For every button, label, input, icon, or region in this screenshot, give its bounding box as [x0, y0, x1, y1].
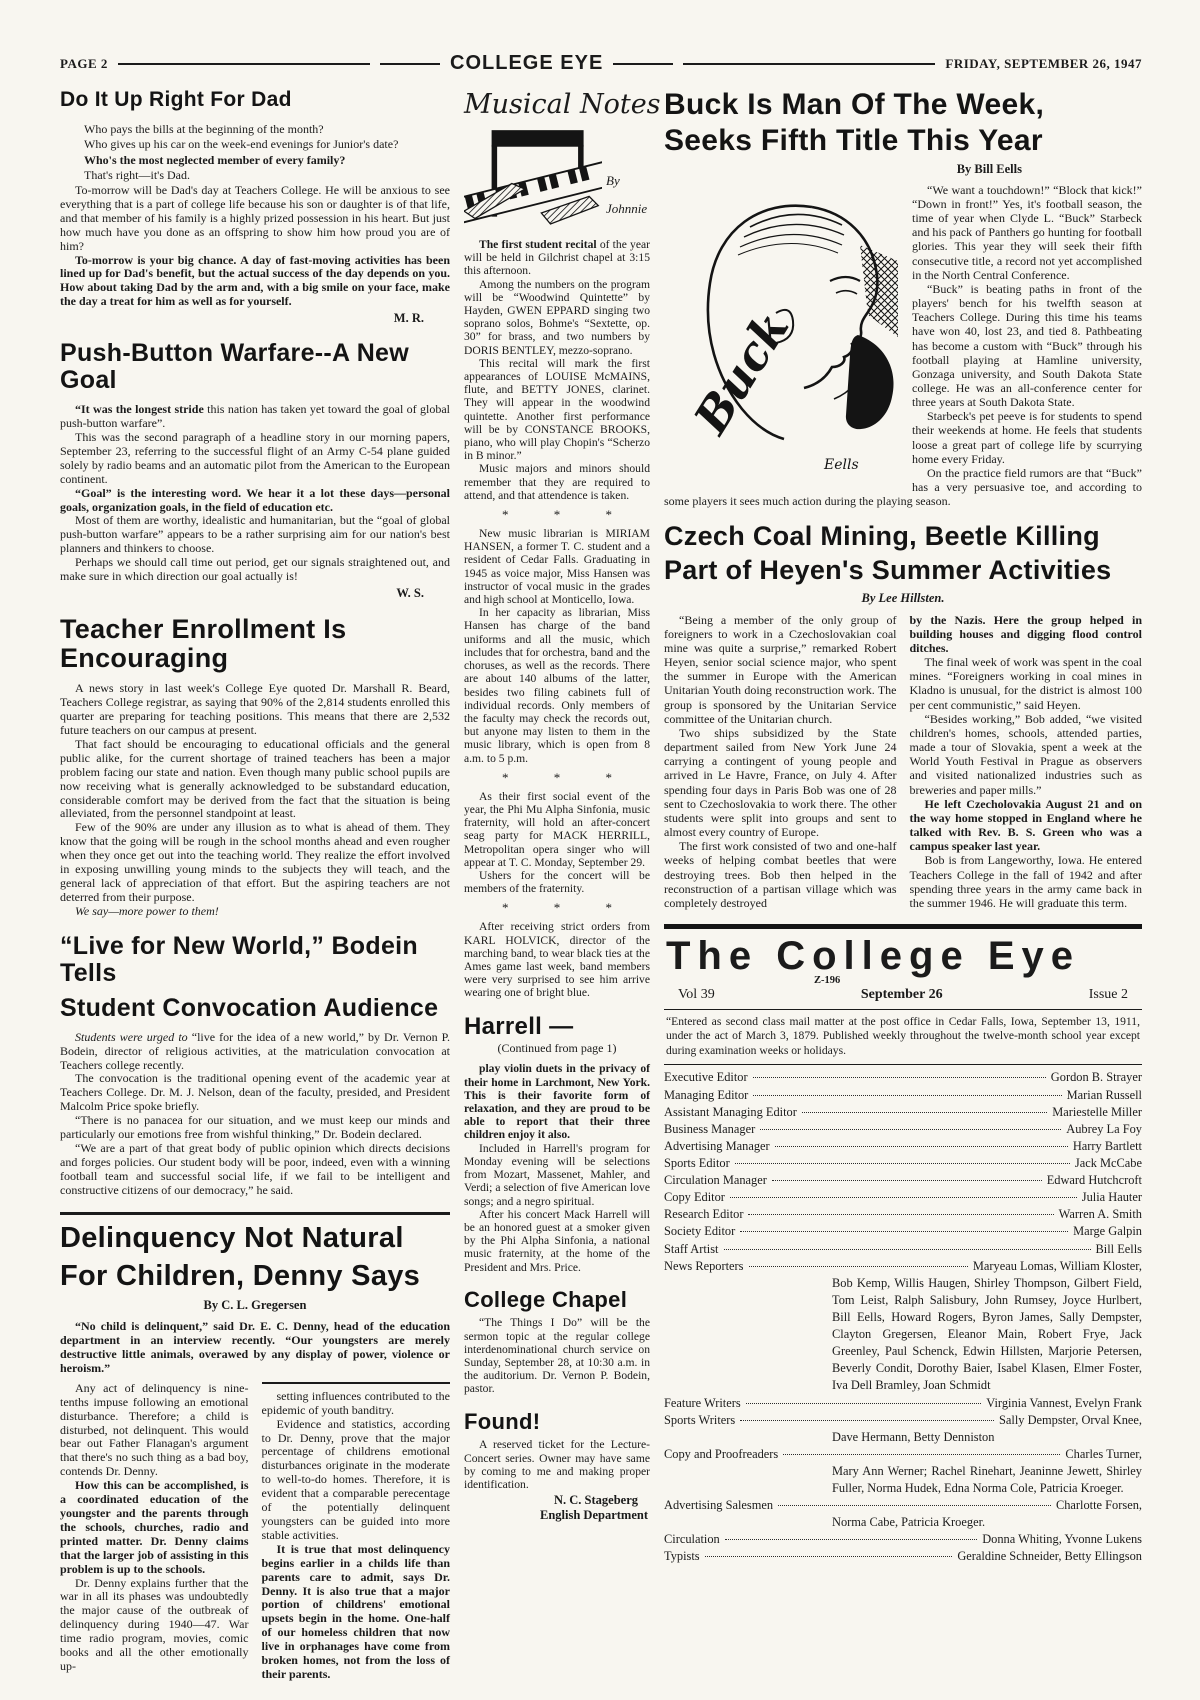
article-paragraph: Bob is from Langeworthy, Iowa. He entere… — [910, 853, 1143, 910]
article-title: Push-Button Warfare--A New Goal — [60, 340, 450, 394]
dotted-leader — [725, 1539, 977, 1540]
page-number-label: PAGE 2 — [60, 56, 108, 72]
column-rule — [262, 1382, 451, 1384]
staff-person: Mariestelle Miller — [1052, 1104, 1142, 1121]
staff-role: Society Editor — [664, 1223, 735, 1240]
issue-date: FRIDAY, SEPTEMBER 26, 1947 — [945, 56, 1142, 72]
staff-entry: Business Manager Aubrey La Foy — [664, 1121, 1142, 1138]
dotted-leader — [783, 1454, 1060, 1455]
staff-entry: Circulation Manager Edward Hutchcroft — [664, 1172, 1142, 1189]
staff-role: Advertising Salesmen — [664, 1497, 773, 1514]
article-warfare: Push-Button Warfare--A New Goal “It was … — [60, 340, 450, 601]
dotted-leader — [748, 1214, 1053, 1215]
article-paragraph: As their first social event of the year,… — [464, 790, 650, 869]
dotted-leader — [772, 1180, 1042, 1181]
staff-person-continued: Dave Hermann, Betty Denniston — [664, 1429, 1142, 1446]
staff-entry: Circulation Donna Whiting, Yvonne Lukens — [664, 1531, 1142, 1548]
staff-person: Donna Whiting, Yvonne Lukens — [982, 1531, 1142, 1548]
staff-person: Sally Dempster, Orval Knee, — [999, 1412, 1142, 1429]
signature-name: N. C. Stageberg — [464, 1493, 650, 1508]
article-byline: By Lee Hillsten. — [664, 591, 1142, 606]
staff-person: Geraldine Schneider, Betty Ellingson — [957, 1548, 1142, 1565]
article-paragraph: He left Czecholovakia August 21 and on t… — [910, 797, 1143, 854]
article-dad: Do It Up Right For Dad Who pays the bill… — [60, 89, 450, 326]
dotted-leader — [740, 1231, 1068, 1232]
staff-list: Executive Editor Gordon B. Strayer Manag… — [664, 1069, 1142, 1565]
article-paragraph: “The Things I Do” will be the sermon top… — [464, 1316, 650, 1395]
continued-note: (Continued from page 1) — [464, 1041, 650, 1056]
section-separator-stars: * * * — [464, 507, 650, 523]
article-paragraph: The first work consisted of two and one-… — [664, 839, 897, 910]
staff-entry: Advertising Salesmen Charlotte Forsen, N… — [664, 1497, 1142, 1531]
staff-role: Managing Editor — [664, 1087, 748, 1104]
article-paragraph: Who's the most neglected member of every… — [84, 153, 450, 169]
article-paragraph: Among the numbers on the program will be… — [464, 278, 650, 357]
staff-role: Copy Editor — [664, 1189, 725, 1206]
article-paragraph: setting influences contributed to the ep… — [262, 1390, 451, 1418]
article-byline: By Bill Eells — [664, 162, 1142, 177]
staff-role: Feature Writers — [664, 1395, 741, 1412]
buck-caricature-illustration: Buck Eells — [664, 185, 902, 487]
staff-person: Marian Russell — [1067, 1087, 1142, 1104]
article-paragraph: After receiving strict orders from KARL … — [464, 920, 650, 999]
header-rule — [380, 63, 440, 65]
article-delinquency: Delinquency Not Natural For Children, De… — [60, 1223, 450, 1682]
article-teacher-enrollment: Teacher Enrollment Is Encouraging A news… — [60, 615, 450, 919]
article-paragraph: Students were urged to “live for the ide… — [60, 1031, 450, 1073]
article-title-line2: Seeks Fifth Title This Year — [664, 125, 1142, 157]
dotted-leader — [749, 1266, 968, 1267]
article-title-line1: Delinquency Not Natural — [60, 1223, 450, 1254]
staff-entry: Copy and Proofreaders Charles Turner, Ma… — [664, 1446, 1142, 1497]
staff-role: Executive Editor — [664, 1069, 748, 1086]
staff-person: Charlotte Forsen, — [1056, 1497, 1142, 1514]
staff-person-continued: Bob Kemp, Willis Haugen, Shirley Thompso… — [664, 1275, 1142, 1395]
article-paragraph: To-morrow will be Dad's day at Teachers … — [60, 184, 450, 254]
staff-person: Harry Bartlett — [1073, 1138, 1142, 1155]
staff-entry: Society Editor Marge Galpin — [664, 1223, 1142, 1240]
header-rule — [683, 63, 935, 65]
article-paragraph: After his concert Mack Harrell will be a… — [464, 1208, 650, 1274]
staff-person: Maryeau Lomas, William Kloster, — [973, 1258, 1142, 1275]
article-paragraph: How this can be accomplished, is a coord… — [60, 1479, 249, 1576]
article-title: Teacher Enrollment Is Encouraging — [60, 615, 450, 673]
masthead-issue: Issue 2 — [1089, 987, 1128, 1003]
signature-department: English Department — [464, 1508, 650, 1523]
staff-person: Virginia Vannest, Evelyn Frank — [986, 1395, 1142, 1412]
article-paragraph: That fact should be encouraging to educa… — [60, 738, 450, 821]
article-musical-notes: Musical Notes — [464, 89, 650, 1000]
article-paragraph: “Besides working,” Bob added, “we visite… — [910, 712, 1143, 797]
dotted-leader — [724, 1249, 1091, 1250]
staff-person: Marge Galpin — [1073, 1223, 1142, 1240]
staff-role: Typists — [664, 1548, 700, 1565]
article-paragraph: “Goal” is the interesting word. We hear … — [60, 487, 450, 515]
article-title-line2: Part of Heyen's Summer Activities — [664, 556, 1142, 585]
page-header: PAGE 2 COLLEGE EYE FRIDAY, SEPTEMBER 26,… — [60, 52, 1142, 75]
article-paragraph: The convocation is the traditional openi… — [60, 1072, 450, 1114]
czech-subcolumn-1: “Being a member of the only group of for… — [664, 613, 897, 910]
newspaper-page: PAGE 2 COLLEGE EYE FRIDAY, SEPTEMBER 26,… — [0, 0, 1200, 1700]
dotted-leader — [753, 1095, 1061, 1096]
staff-entry: Sports Editor Jack McCabe — [664, 1155, 1142, 1172]
masthead-date: September 26 — [861, 987, 943, 1003]
article-byline: By C. L. Gregersen — [60, 1298, 450, 1313]
staff-person: Charles Turner, — [1065, 1446, 1142, 1463]
article-paragraph: This was the second paragraph of a headl… — [60, 431, 450, 487]
article-paragraph: play violin duets in the privacy of thei… — [464, 1062, 650, 1141]
article-paragraph: Evidence and statistics, according to Dr… — [262, 1418, 451, 1543]
article-buck: Buck Is Man Of The Week, Seeks Fifth Tit… — [664, 89, 1142, 508]
masthead-volume: Vol 39 — [678, 987, 715, 1003]
staff-person: Edward Hutchcroft — [1047, 1172, 1142, 1189]
article-paragraph: Who pays the bills at the beginning of t… — [84, 122, 450, 138]
article-paragraph: Two ships subsidized by the State depart… — [664, 726, 897, 839]
staff-entry: Copy Editor Julia Hauter — [664, 1189, 1142, 1206]
header-rule — [118, 63, 370, 65]
article-title: Musical Notes — [464, 89, 650, 120]
staff-person: Warren A. Smith — [1059, 1206, 1142, 1223]
masthead-title: The College Eye — [666, 934, 1142, 979]
staff-person-continued: Mary Ann Werner; Rachel Rinehart, Jeanin… — [664, 1463, 1142, 1497]
dotted-leader — [735, 1163, 1070, 1164]
staff-role: Advertising Manager — [664, 1138, 770, 1155]
staff-entry: Staff Artist Bill Eells — [664, 1241, 1142, 1258]
staff-entry: Sports Writers Sally Dempster, Orval Kne… — [664, 1412, 1142, 1446]
dotted-leader — [802, 1112, 1047, 1113]
artist-signature-text: Eells — [823, 457, 859, 473]
staff-role: Business Manager — [664, 1121, 755, 1138]
staff-role: Sports Editor — [664, 1155, 730, 1172]
article-paragraph: Dr. Denny explains further that the war … — [60, 1577, 249, 1674]
article-paragraph: A reserved ticket for the Lecture-Concer… — [464, 1438, 650, 1491]
article-college-chapel: College Chapel “The Things I Do” will be… — [464, 1288, 650, 1396]
staff-role: Circulation Manager — [664, 1172, 767, 1189]
staff-role: Circulation — [664, 1531, 720, 1548]
article-paragraph: Included in Harrell's program for Monday… — [464, 1142, 650, 1208]
right-column: Buck Is Man Of The Week, Seeks Fifth Tit… — [664, 89, 1142, 1696]
article-paragraph: Perhaps we should call time out period, … — [60, 556, 450, 584]
staff-person: Gordon B. Strayer — [1051, 1069, 1142, 1086]
article-lead-paragraph: “No child is delinquent,” said Dr. E. C.… — [60, 1320, 450, 1376]
header-rule — [613, 63, 673, 65]
article-harrell-continued: Harrell — (Continued from page 1) play v… — [464, 1014, 650, 1274]
masthead-box: The College Eye Z-196 Vol 39 September 2… — [664, 924, 1142, 1566]
staff-entry: Managing Editor Marian Russell — [664, 1087, 1142, 1104]
dotted-leader — [740, 1420, 994, 1421]
staff-entry: Executive Editor Gordon B. Strayer — [664, 1069, 1142, 1086]
article-paragraph: Music majors and minors should remember … — [464, 462, 650, 502]
staff-role: Staff Artist — [664, 1241, 719, 1258]
staff-role: Assistant Managing Editor — [664, 1104, 797, 1121]
article-paragraph: “We are a part of that great body of pub… — [60, 1142, 450, 1198]
article-title: Harrell — — [464, 1014, 650, 1040]
article-paragraph: “Being a member of the only group of for… — [664, 613, 897, 726]
staff-role: Sports Writers — [664, 1412, 735, 1429]
staff-entry: News Reporters Maryeau Lomas, William Kl… — [664, 1258, 1142, 1395]
article-paragraph: That's right—it's Dad. — [84, 168, 450, 184]
paragraph-lead: The first student recital — [479, 238, 597, 251]
paper-name: COLLEGE EYE — [450, 52, 603, 75]
staff-entry: Research Editor Warren A. Smith — [664, 1206, 1142, 1223]
article-paragraph: A news story in last week's College Eye … — [60, 682, 450, 738]
section-separator-stars: * * * — [464, 770, 650, 786]
article-paragraph: Ushers for the concert will be members o… — [464, 869, 650, 895]
staff-person: Bill Eells — [1096, 1241, 1142, 1258]
article-paragraph: It is true that most delinquency begins … — [262, 1543, 451, 1682]
masthead-rule — [664, 1009, 1142, 1010]
author-initials: M. R. — [60, 311, 450, 326]
staff-entry: Feature Writers Virginia Vannest, Evelyn… — [664, 1395, 1142, 1412]
article-paragraph: The final week of work was spent in the … — [910, 655, 1143, 712]
dotted-leader — [760, 1129, 1061, 1130]
masthead-entry-notice: “Entered as second class mail matter at … — [666, 1015, 1140, 1058]
delinquency-subcolumn-1: Any act of delinquency is nine-tenths im… — [60, 1382, 249, 1682]
buck-signature-text: Buck — [682, 302, 799, 444]
article-paragraph: To-morrow is your big chance. A day of f… — [60, 254, 450, 310]
article-bodein: “Live for New World,” Bodein Tells Stude… — [60, 933, 450, 1198]
dotted-leader — [753, 1077, 1046, 1078]
author-initials: W. S. — [60, 586, 450, 601]
left-column: Do It Up Right For Dad Who pays the bill… — [60, 89, 450, 1696]
article-title: College Chapel — [464, 1288, 650, 1312]
article-czech: Czech Coal Mining, Beetle Killing Part o… — [664, 522, 1142, 910]
staff-entry: Advertising Manager Harry Bartlett — [664, 1138, 1142, 1155]
dotted-leader — [730, 1197, 1077, 1198]
section-separator-stars: * * * — [464, 900, 650, 916]
article-paragraph: New music librarian is MIRIAM HANSEN, a … — [464, 527, 650, 606]
staff-role: Copy and Proofreaders — [664, 1446, 778, 1463]
article-paragraph: “There is no panacea for our situation, … — [60, 1114, 450, 1142]
section-divider-rule — [60, 1212, 450, 1215]
article-paragraph: “It was the longest stride this nation h… — [60, 403, 450, 431]
byline-by-label: By — [606, 167, 647, 194]
article-paragraph: This recital will mark the first appeara… — [464, 357, 650, 463]
article-title-line1: Czech Coal Mining, Beetle Killing — [664, 522, 1142, 551]
dotted-leader — [778, 1505, 1051, 1506]
masthead-rule — [664, 1064, 1142, 1065]
article-paragraph: We say—more power to them! — [60, 905, 450, 919]
article-paragraph: In her capacity as librarian, Miss Hanse… — [464, 606, 650, 764]
paragraph-lead: Students were urged to — [75, 1030, 188, 1044]
article-title: Do It Up Right For Dad — [60, 89, 450, 112]
article-title-line2: For Children, Denny Says — [60, 1261, 450, 1292]
middle-column: Musical Notes — [464, 89, 650, 1696]
article-paragraph: Most of them are worthy, idealistic and … — [60, 514, 450, 556]
byline-author: Johnnie — [606, 195, 647, 222]
staff-entry: Assistant Managing Editor Mariestelle Mi… — [664, 1104, 1142, 1121]
czech-subcolumn-2: by the Nazis. Here the group helped in b… — [910, 613, 1143, 910]
article-paragraph: The first student recital of the year wi… — [464, 238, 650, 278]
paragraph-lead: “It was the longest stride — [75, 402, 204, 416]
article-title: Found! — [464, 1410, 650, 1434]
article-title-line1: Buck Is Man Of The Week, — [664, 89, 1142, 121]
article-paragraph: by the Nazis. Here the group helped in b… — [910, 613, 1143, 655]
dotted-leader — [746, 1403, 982, 1404]
staff-role: Research Editor — [664, 1206, 743, 1223]
staff-person-continued: Norma Cabe, Patricia Kroeger. — [664, 1514, 1142, 1531]
article-title-line1: “Live for New World,” Bodein Tells — [60, 933, 450, 987]
dotted-leader — [705, 1556, 953, 1557]
staff-entry: Typists Geraldine Schneider, Betty Ellin… — [664, 1548, 1142, 1565]
article-found: Found! A reserved ticket for the Lecture… — [464, 1410, 650, 1524]
dotted-leader — [775, 1146, 1068, 1147]
delinquency-subcolumn-2: setting influences contributed to the ep… — [262, 1382, 451, 1682]
article-title-line2: Student Convocation Audience — [60, 995, 450, 1022]
article-paragraph: Who gives up his car on the week-end eve… — [84, 137, 450, 153]
article-paragraph: Any act of delinquency is nine-tenths im… — [60, 1382, 249, 1479]
piano-keyboard-note-illustration — [464, 126, 602, 230]
article-paragraph: Few of the 90% are under any illusion as… — [60, 821, 450, 904]
staff-person: Jack McCabe — [1075, 1155, 1142, 1172]
staff-person: Aubrey La Foy — [1066, 1121, 1142, 1138]
staff-person: Julia Hauter — [1082, 1189, 1142, 1206]
staff-role: News Reporters — [664, 1258, 744, 1275]
